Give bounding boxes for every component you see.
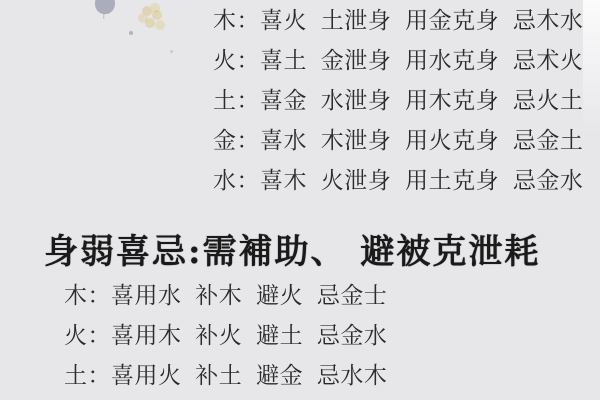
flower-watermark-icon bbox=[142, 6, 152, 16]
body-weak-rules-list: 木：喜用水 补木 避火 忌金士 火：喜用木 补火 避土 忌金水 土：喜用火 补土… bbox=[64, 276, 387, 396]
page: 木：喜火 土泄身 用金克身 忌木水 火：喜土 金泄身 用水克身 忌术火 土：喜金… bbox=[0, 0, 600, 400]
body-weak-section-heading: 身弱喜忌:需補助、 避被克泄耗 bbox=[44, 224, 540, 273]
body-strong-rules-list: 木：喜火 土泄身 用金克身 忌木水 火：喜土 金泄身 用水克身 忌术火 土：喜金… bbox=[213, 1, 583, 201]
rule-row-metal: 金：喜水 木泄身 用火克身 忌金土 bbox=[213, 121, 583, 161]
light-strip-decoration bbox=[583, 0, 600, 135]
balloon-watermark-icon bbox=[94, 0, 115, 15]
rule-row-fire: 火：喜用木 补火 避土 忌金水 bbox=[64, 316, 387, 356]
rule-row-wood: 木：喜火 土泄身 用金克身 忌木水 bbox=[213, 1, 583, 41]
speck-decoration bbox=[129, 31, 133, 35]
rule-row-earth: 土：喜金 水泄身 用木克身 忌火土 bbox=[213, 81, 583, 121]
rule-row-earth: 土：喜用火 补土 避金 忌水木 bbox=[64, 356, 387, 396]
rule-row-fire: 火：喜土 金泄身 用水克身 忌术火 bbox=[213, 41, 583, 81]
rule-row-wood: 木：喜用水 补木 避火 忌金士 bbox=[64, 276, 387, 316]
speck-decoration bbox=[170, 50, 173, 53]
rule-row-water: 水：喜木 火泄身 用土克身 忌金水 bbox=[213, 161, 583, 201]
